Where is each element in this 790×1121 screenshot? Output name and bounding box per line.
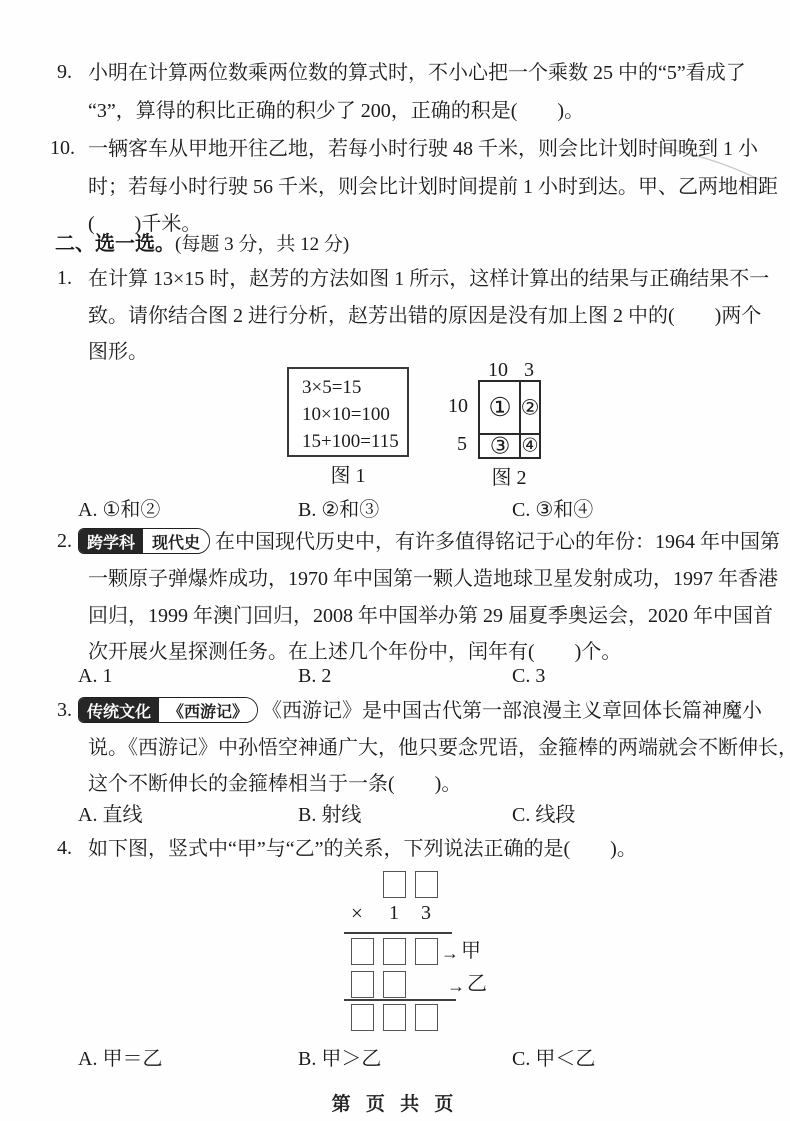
section-2-title: 二、选一选。 [55,233,175,255]
figure-2-cell-4: ④ [521,437,538,456]
digit-box [383,871,406,898]
figure-1-equation-3: 15+100=115 [302,428,407,455]
figure-1-caption: 图 1 [331,459,366,488]
question-3-badge-subject: 《西游记》 [159,698,257,722]
question-9-line-1: 小明在计算两位数乘两位数的算式时，不小心把一个乘数 25 中的“5”看成了 [88,61,746,85]
question-2-option-a: A. 1 [78,665,112,688]
question-3-line-2: 说。《西游记》中孙悟空神通广大，他只要念咒语，金箍棒的两端就会不断伸长， [88,736,790,760]
question-2-topic-badge: 跨学科 现代史 [78,528,210,554]
question-1-option-c: C. ③和④ [512,493,593,522]
question-1-option-b: B. ②和③ [298,493,379,522]
question-1-option-a: A. ①和② [78,493,160,522]
question-3-topic-badge: 传统文化 《西游记》 [78,697,258,723]
digit-box [383,1004,406,1031]
question-9-number: 9. [57,61,72,84]
multiplication-rule-line [344,999,456,1001]
section-2-meta: (每题 3 分，共 12 分) [175,234,349,255]
question-2-line-2: 一颗原子弹爆炸成功，1970 年中国第一颗人造地球卫星发射成功，1997 年香港 [88,567,778,591]
figure-2-cell-3: ③ [490,435,511,458]
question-3-line-1: 《西游记》是中国古代第一部浪漫主义章回体长篇神魔小 [262,699,762,723]
figure-1-box: 3×5=15 10×10=100 15+100=115 [287,367,409,457]
question-1-line-1: 在计算 13×15 时，赵芳的方法如图 1 所示，这样计算出的结果与正确结果不一 [88,267,769,291]
question-4-line-1: 如下图，竖式中“甲”与“乙”的关系，下列说法正确的是( )。 [88,837,637,861]
arrow-icon: → [441,944,459,962]
digit-box [383,938,406,965]
arrow-icon: → [447,977,465,995]
question-9-line-2: “3”，算得的积比正确的积少了 200，正确的积是( )。 [88,99,584,123]
question-4-number: 4. [57,837,72,860]
figure-2-side-label-10: 10 [448,396,468,416]
question-3-option-a: A. 直线 [78,798,142,827]
question-10-number: 10. [50,137,75,160]
question-1-line-2: 致。请你结合图 2 进行分析，赵芳出错的原因是没有加上图 2 中的( )两个 [88,304,761,328]
section-2-header: 二、选一选。(每题 3 分，共 12 分) [55,232,349,257]
question-3-badge-category: 传统文化 [79,698,159,722]
multiplier-digit-1: 1 [389,903,399,923]
exam-page: 9. 小明在计算两位数乘两位数的算式时，不小心把一个乘数 25 中的“5”看成了… [0,0,790,1121]
partial-product-label-yi: 乙 [467,974,487,994]
multiplier-digit-3: 3 [421,903,431,923]
question-2-line-4: 次开展火星探测任务。在上述几个年份中，闰年有( )个。 [88,640,621,664]
digit-box [383,971,406,998]
question-2-badge-category: 跨学科 [79,529,143,553]
digit-box [351,938,374,965]
question-2-line-3: 回归，1999 年澳门回归，2008 年中国举办第 29 届夏季奥运会，2020… [88,604,773,628]
question-10-line-1: 一辆客车从甲地开往乙地，若每小时行驶 48 千米，则会比计划时间晚到 1 小 [88,137,758,161]
figure-2-top-label-3: 3 [524,360,534,380]
question-3-option-c: C. 线段 [512,798,575,827]
question-4-option-b: B. 甲＞乙 [298,1042,381,1071]
figure-2-cell-2: ② [521,398,540,419]
question-3-option-b: B. 射线 [298,798,361,827]
figure-2-caption: 图 2 [492,461,527,490]
question-2-line-1: 在中国现代历史中，有许多值得铭记于心的年份：1964 年中国第 [215,530,780,554]
multiplication-rule-line [344,932,452,934]
figure-2-top-label-10: 10 [488,360,508,380]
digit-box [351,971,374,998]
figure-2-vertical-divider [519,382,521,457]
question-3-number: 3. [57,699,72,722]
figure-2-grid: ① ② ③ ④ [478,380,541,459]
partial-product-label-jia: 甲 [461,941,481,961]
question-2-badge-subject: 现代史 [143,529,209,553]
question-2-option-c: C. 3 [512,665,545,688]
question-4-option-a: A. 甲＝乙 [78,1042,162,1071]
figure-1-equation-2: 10×10=100 [302,401,407,428]
figure-1-equation-1: 3×5=15 [302,374,407,401]
question-3-line-3: 这个不断伸长的金箍棒相当于一条( )。 [88,772,461,796]
question-1-number: 1. [57,267,72,290]
digit-box [415,1004,438,1031]
digit-box [415,871,438,898]
page-footer: 第 页 共 页 [0,1089,790,1116]
question-1-line-3: 图形。 [88,340,148,364]
question-4-option-c: C. 甲＜乙 [512,1042,595,1071]
figure-2-cell-1: ① [488,395,511,421]
digit-box [415,938,438,965]
digit-box [351,1004,374,1031]
figure-2-side-label-5: 5 [457,434,467,454]
multiplication-sign: × [351,903,363,924]
question-2-option-b: B. 2 [298,665,331,688]
question-2-number: 2. [57,530,72,553]
question-10-line-2: 时；若每小时行驶 56 千米，则会比计划时间提前 1 小时到达。甲、乙两地相距 [88,175,778,199]
